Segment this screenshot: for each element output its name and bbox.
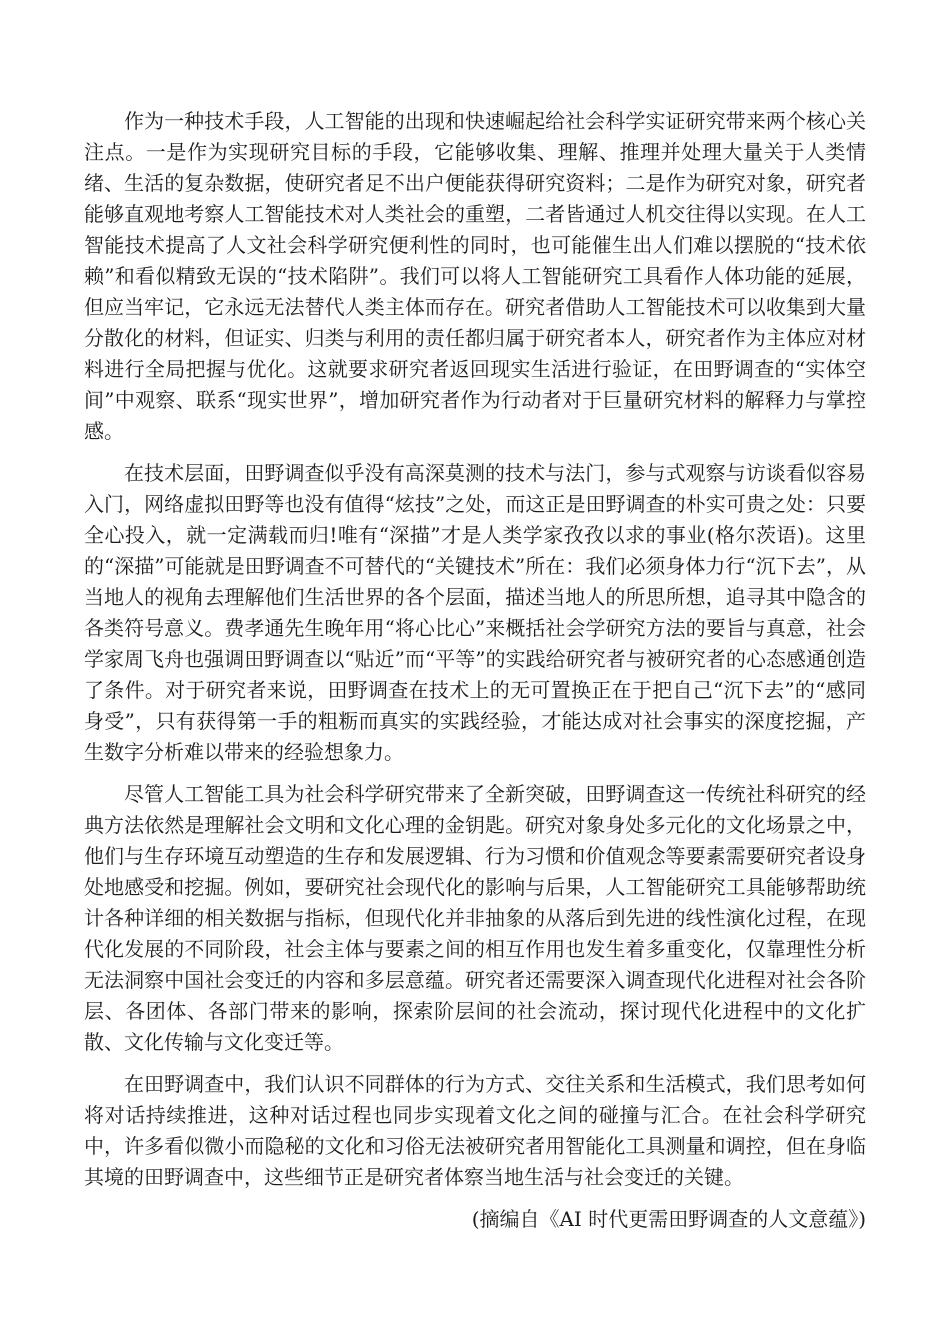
passage-paragraph-4: 在田野调查中，我们认识不同群体的行为方式、交往关系和生活模式，我们思考如何将对话… — [84, 1069, 866, 1193]
document-page: 作为一种技术手段，人工智能的出现和快速崛起给社会科学实证研究带来两个核心关注点。… — [0, 0, 950, 1344]
source-attribution: (摘编自《AI 时代更需田野调查的人文意蕴》) — [84, 1204, 866, 1235]
passage-paragraph-1: 作为一种技术手段，人工智能的出现和快速崛起给社会科学实证研究带来两个核心关注点。… — [84, 106, 866, 447]
passage-paragraph-3: 尽管人工智能工具为社会科学研究带来了全新突破，田野调查这一传统社科研究的经典方法… — [84, 779, 866, 1058]
passage-paragraph-2: 在技术层面，田野调查似乎没有高深莫测的技术与法门，参与式观察与访谈看似容易入门，… — [84, 458, 866, 768]
reading-passage: 作为一种技术手段，人工智能的出现和快速崛起给社会科学实证研究带来两个核心关注点。… — [84, 106, 866, 1235]
